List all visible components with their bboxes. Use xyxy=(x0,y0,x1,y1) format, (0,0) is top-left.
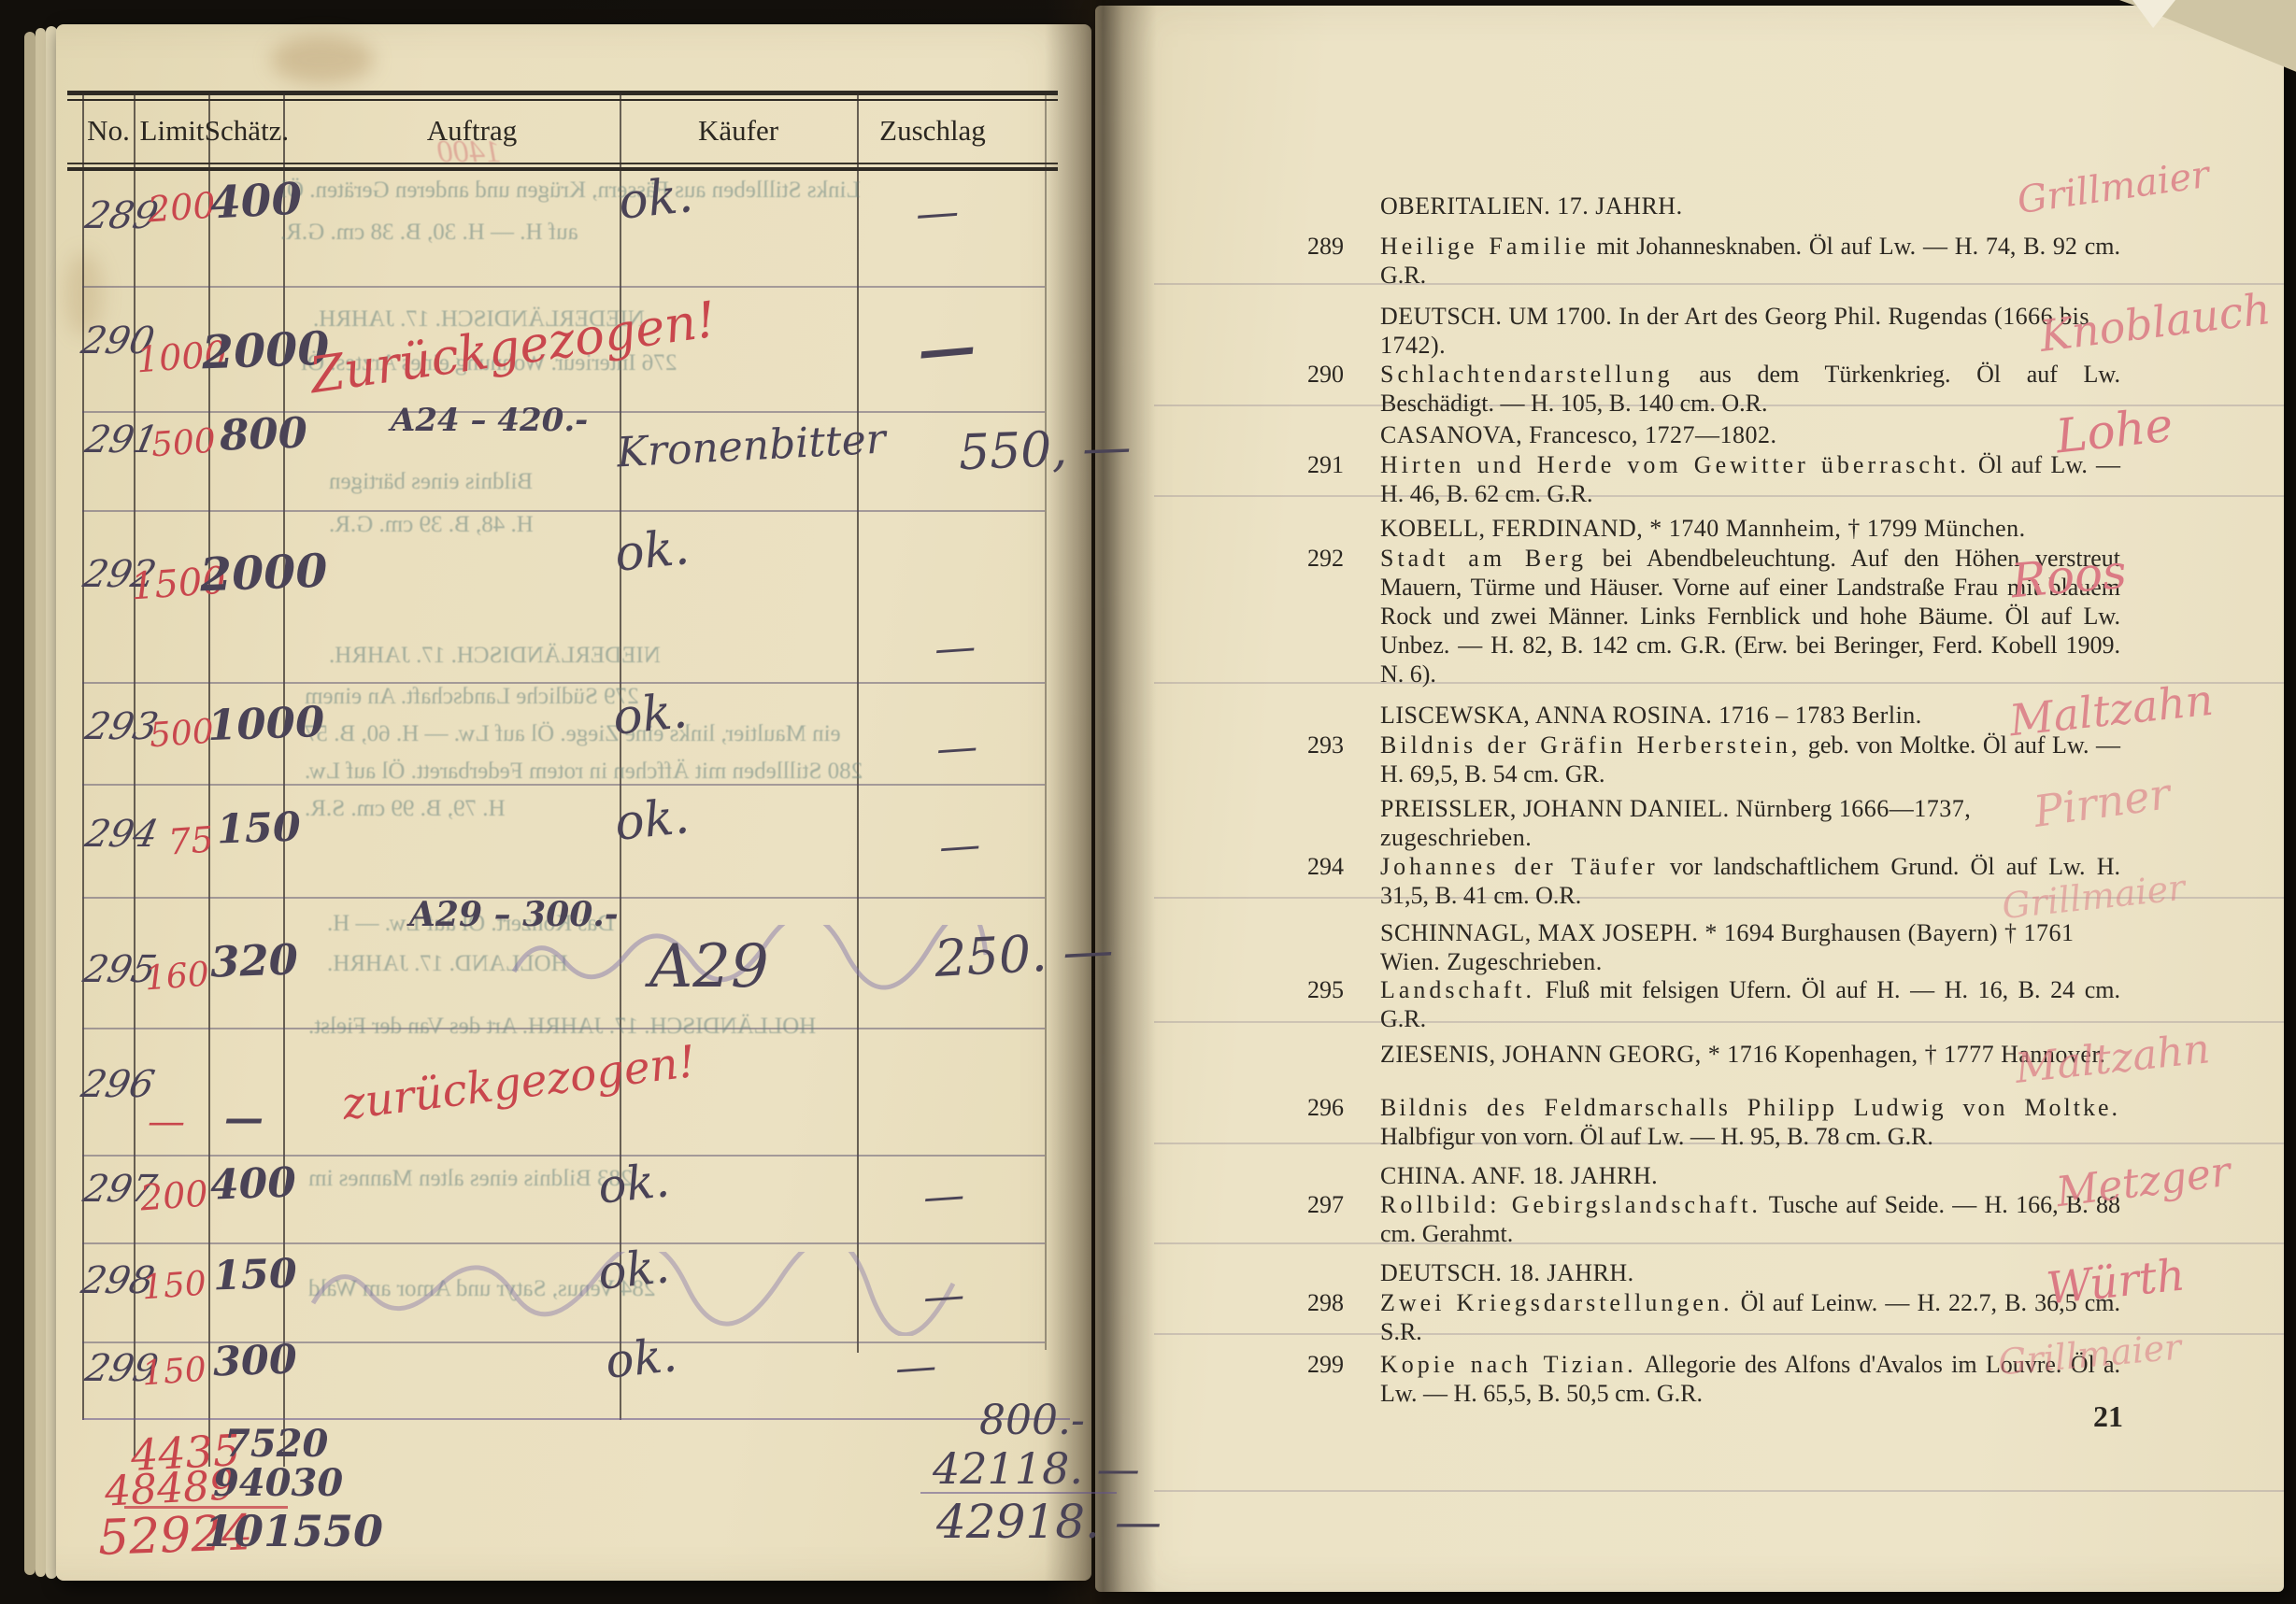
schaetz-value: 300 xyxy=(212,1336,297,1385)
zuschlag-subtotal: 800.- xyxy=(979,1397,1085,1444)
catalog-entry: 293 Bildnis der Gräfin Herberstein, geb.… xyxy=(1380,731,2120,788)
school-heading: OBERITALIEN. 17. JAHRH. xyxy=(1380,192,2120,220)
col-header-no: No. xyxy=(87,114,130,148)
entry-rule xyxy=(1154,1490,2284,1492)
catalog-entry: 297 Rollbild: Gebirgslandschaft. Tusche … xyxy=(1380,1190,2120,1248)
catalog-entry: 298 Zwei Kriegsdarstellungen. Öl auf Lei… xyxy=(1380,1288,2120,1346)
school-heading: DEUTSCH. UM 1700. In der Art des Georg P… xyxy=(1380,302,2120,360)
ghost-text: H. 48, B. 39 cm. G.R. xyxy=(329,512,534,538)
lot-title: Zwei Kriegsdarstellungen. xyxy=(1380,1289,1733,1316)
ghost-text: ein Maultier, links eine Ziege. Öl auf L… xyxy=(305,721,841,747)
totals-rule xyxy=(82,1418,1070,1420)
zuschlag-mark: — xyxy=(921,1271,965,1322)
schaetz-value: 400 xyxy=(209,173,304,229)
page-edge-stack xyxy=(36,28,46,1577)
ghost-text: Links Stillleben aus Fässern, Krügen und… xyxy=(280,177,861,204)
lot-title: Rollbild: Gebirgslandschaft. xyxy=(1380,1191,1761,1218)
left-page xyxy=(56,24,1091,1581)
zuschlag-mark: — xyxy=(937,821,981,872)
lot-number: 293 xyxy=(1307,731,1344,759)
ghost-number: 1400 xyxy=(437,135,501,170)
ghost-text: Bildnis eines bärtigen xyxy=(329,469,533,495)
artist-heading: SCHINNAGL, MAX JOSEPH. * 1694 Burghausen… xyxy=(1380,918,2120,976)
lot-number: 296 xyxy=(1307,1093,1344,1122)
zuschlag-mark: — xyxy=(921,1171,965,1222)
ghost-text: NIEDERLÄNDISCH. 17. JAHRH. xyxy=(329,643,661,669)
schaetz-value: 1000 xyxy=(207,697,325,750)
kaeufer-mark: ok. xyxy=(595,1239,672,1300)
kaeufer-mark: ok. xyxy=(612,519,692,583)
limit-value: 160 xyxy=(144,956,210,999)
ghost-text: auf H. — H. 30, B. 38 cm. G.R. xyxy=(280,220,578,246)
zuschlag-mark: — xyxy=(915,311,978,384)
column-line xyxy=(1045,93,1047,1350)
schaetz-value: 150 xyxy=(216,803,301,853)
book-photo: No. Limit Schätz. Auftrag Käufer Zuschla… xyxy=(0,0,2296,1604)
catalog-entry: 290 Schlachtendarstellung aus dem Türken… xyxy=(1380,360,2120,418)
lot-title: Bildnis des Feldmarschalls Philipp Ludwi… xyxy=(1380,1094,2120,1121)
column-line xyxy=(857,93,859,1353)
lot-no: 294 xyxy=(81,813,162,856)
col-header-schaetz: Schätz. xyxy=(205,114,289,148)
zuschlag-mark: — xyxy=(893,1342,937,1393)
lot-no: 296 xyxy=(78,1063,158,1106)
lot-number: 291 xyxy=(1307,450,1344,479)
lot-number: 289 xyxy=(1307,232,1344,261)
ghost-text: H. 79, B. 99 cm. S.R. xyxy=(305,796,506,822)
artist-heading: KOBELL, FERDINAND, * 1740 Mannheim, † 17… xyxy=(1380,514,2120,543)
limit-mark: — xyxy=(148,1100,185,1143)
lot-number: 295 xyxy=(1307,975,1344,1004)
catalog-entry: 296 Bildnis des Feldmarschalls Philipp L… xyxy=(1380,1093,2120,1151)
schaetz-grand-total: 101550 xyxy=(204,1506,383,1556)
row-rule xyxy=(82,1242,1045,1244)
column-line xyxy=(134,93,135,1457)
lot-number: 294 xyxy=(1307,852,1344,881)
column-line xyxy=(208,93,210,1467)
table-rule-top2 xyxy=(67,99,1058,101)
limit-value: 200 xyxy=(147,185,217,231)
artist-heading: ZIESENIS, JOHANN GEORG, * 1716 Kopenhage… xyxy=(1380,1040,2120,1069)
lot-title: Bildnis der Gräfin Herberstein, xyxy=(1380,731,1801,759)
zuschlag-value: 550, — xyxy=(958,419,1132,481)
limit-value: 500 xyxy=(150,422,217,465)
col-header-zuschlag: Zuschlag xyxy=(879,114,986,148)
artist-heading: CASANOVA, Francesco, 1727—1802. xyxy=(1380,420,2120,449)
catalog-entry: 291 Hirten und Herde vom Gewitter überra… xyxy=(1380,450,2120,508)
row-rule xyxy=(82,286,1045,288)
lot-title: Landschaft. xyxy=(1380,976,1535,1003)
lot-title: Schlachtendarstellung xyxy=(1380,361,1674,388)
schaetz-value: 400 xyxy=(209,1158,297,1209)
school-heading: DEUTSCH. 18. JAHRH. xyxy=(1380,1258,2120,1287)
artist-heading: PREISSLER, JOHANN DANIEL. Nürnberg 1666—… xyxy=(1380,794,2120,852)
lot-number: 299 xyxy=(1307,1350,1344,1379)
lot-number: 297 xyxy=(1307,1190,1344,1219)
book-gutter xyxy=(1045,0,1157,1604)
page-edge-stack xyxy=(24,32,36,1575)
lot-number: 298 xyxy=(1307,1288,1344,1317)
table-rule-header2 xyxy=(67,167,1058,171)
table-rule-header xyxy=(67,163,1058,164)
catalog-entry: 289 Heilige Familie mit Johannesknaben. … xyxy=(1380,232,2120,290)
auftrag-note: A24 – 420.- xyxy=(391,402,588,439)
lot-title: Kopie nach Tizian. xyxy=(1380,1351,1637,1378)
kaeufer-mark: ok. xyxy=(603,1327,679,1389)
limit-value: 500 xyxy=(149,713,215,756)
row-rule xyxy=(82,1155,1045,1157)
lot-no: 291 xyxy=(81,419,162,461)
column-line xyxy=(82,93,84,1420)
schaetz-subtotal: 7520 xyxy=(224,1422,328,1466)
schaetz-value: 2000 xyxy=(199,544,328,603)
zuschlag-addition: 42118. — xyxy=(933,1443,1140,1494)
schaetz-mark: — xyxy=(224,1095,264,1141)
zuschlag-mark: — xyxy=(934,723,978,774)
lot-title: Stadt am Berg xyxy=(1380,545,1587,572)
stain xyxy=(271,35,374,84)
zuschlag-grand-total: 42918. — xyxy=(936,1495,1162,1549)
schaetz-value: 800 xyxy=(219,407,308,460)
limit-value: 150 xyxy=(141,1351,207,1394)
schaetz-value: 150 xyxy=(212,1250,297,1299)
lot-number: 290 xyxy=(1307,360,1344,389)
table-rule-top xyxy=(67,91,1058,95)
schaetz-value: 320 xyxy=(209,934,299,987)
kaeufer-code: A29 xyxy=(649,932,769,1001)
limit-value: 200 xyxy=(139,1173,209,1219)
row-rule xyxy=(82,510,1045,512)
col-header-kaeufer: Käufer xyxy=(698,114,778,148)
page-number: 21 xyxy=(2093,1399,2123,1434)
zuschlag-value: 250. — xyxy=(933,920,1114,988)
lot-title: Hirten und Herde vom Gewitter überrascht… xyxy=(1380,451,1970,478)
lot-number: 292 xyxy=(1307,544,1344,573)
column-line xyxy=(620,93,621,1420)
ghost-text: 280 Stillleben mit Äffchen in rotem Fede… xyxy=(305,759,863,785)
ghost-text: 279 Südliche Landschaft. An einem xyxy=(305,684,639,710)
zuschlag-mark: — xyxy=(933,623,977,674)
kaeufer-mark: ok. xyxy=(610,683,690,746)
zuschlag-mark: — xyxy=(914,185,961,238)
school-heading: CHINA. ANF. 18. JAHRH. xyxy=(1380,1161,2120,1190)
schaetz-addition: 94030 xyxy=(213,1461,343,1505)
kaeufer-mark: ok. xyxy=(612,788,692,852)
lot-description: Halbfigur von vorn. Öl auf Lw. — H. 95, … xyxy=(1380,1123,1933,1150)
lot-title: Heilige Familie xyxy=(1380,233,1590,260)
limit-value: 75 xyxy=(167,818,215,862)
auftrag-note: A29 – 300.- xyxy=(409,895,619,934)
catalog-entry: 295 Landschaft. Fluß mit felsigen Ufern.… xyxy=(1380,975,2120,1033)
col-header-limit: Limit xyxy=(140,114,205,148)
kaeufer-mark: ok. xyxy=(595,1153,672,1214)
lot-title: Johannes der Täufer xyxy=(1380,853,1659,880)
limit-value: 150 xyxy=(141,1265,207,1308)
kaeufer-mark: ok. xyxy=(616,167,695,231)
buyer-name: Roos xyxy=(2009,545,2129,609)
ghost-text: 283 Bildnis eines alten Mannes im xyxy=(308,1166,632,1192)
ghost-text: HOLLÄNDISCH. 17. JAHRH. Art des Van der … xyxy=(308,1014,816,1040)
